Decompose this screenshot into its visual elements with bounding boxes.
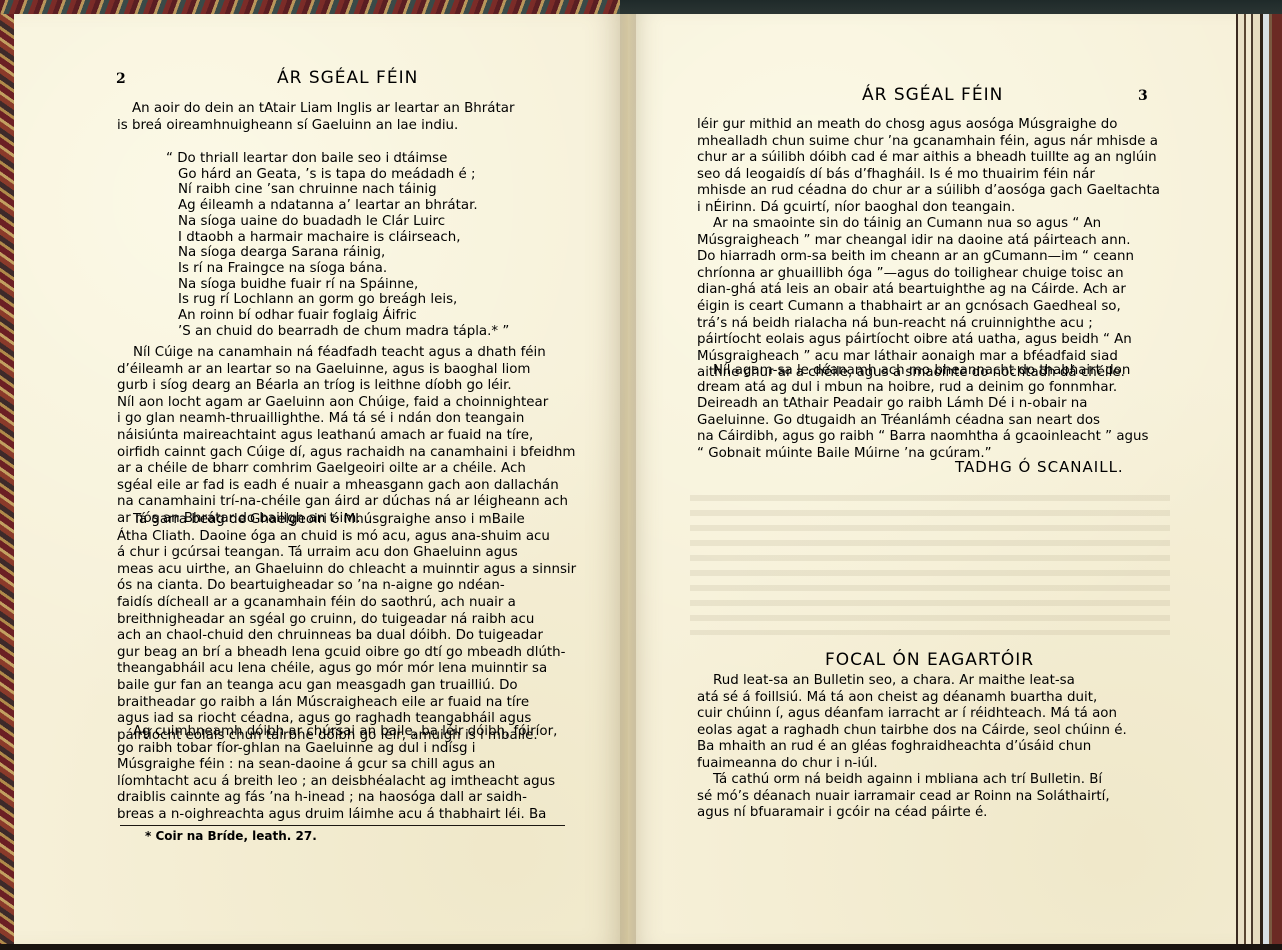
text-line: draiblis cainnte ag fás ’na h-inead ; na… [117,790,569,807]
text-line: na Cáirdibh, agus go raibh “ Barra naomh… [697,429,1155,446]
text-line: Tá garra beag de Ghaelgeoiri ó Mhúsgraig… [117,512,569,529]
paragraph-mithid: léir gur mithid an meath do chosg agus a… [697,117,1155,217]
text-line: Deireadh an tAthair Peadair go raibh Lám… [697,396,1155,413]
text-line: baile gur fan an teanga acu gan measgadh… [117,678,569,695]
text-line: Ar na smaointe sin do táinig an Cumann n… [697,216,1155,233]
verse-line: An roinn bí odhar fuair foglaig Áifric [178,308,558,324]
verse-line: Is rug rí Lochlann an gorm go breágh lei… [178,292,558,308]
paragraph-cuige: Níl Cúige na canamhain ná féadfadh teach… [117,345,569,528]
text-line: Níl aon locht agam ar Gaeluinn aon Chúig… [117,395,569,412]
text-line: mhisde an rud céadna do chur ar a súilib… [697,183,1155,200]
verse-line: I dtaobh a harmair machaire is cláirseac… [178,230,558,246]
text-line: Músgraigheach ” mar cheangal idir na dao… [697,233,1155,250]
text-line: páirtíocht eolais agus páirtíocht oibre … [697,332,1155,349]
running-head-left: ÁR SGÉAL FÉIN [277,68,418,88]
verse-line: “ Do thriall leartar don baile seo i dtá… [166,151,558,167]
text-line: Ba mhaith an rud é an gléas foghraidheac… [697,739,1155,756]
text-line: chríonna ar ghuaillibh óga ”—agus do toi… [697,266,1155,283]
text-line: Tá cathú orm ná beidh againn i mbliana a… [697,772,1155,789]
text-line: seo dá leogaidís dí bás d’fhagháil. Is é… [697,167,1155,184]
text-line: i go glan neamh-thruaillighthe. Má tá sé… [117,411,569,428]
text-line: An aoir do dein an tAtair Liam Inglis ar… [117,101,569,118]
book-gutter [620,14,636,944]
text-line: trá’s ná beidh rialacha ná bun-reacht ná… [697,316,1155,333]
text-line: i nÉirinn. Dá gcuirtí, níor baoghal don … [697,200,1155,217]
book-cover-top-edge [0,0,640,14]
footnote-rule [120,825,565,826]
text-line: is breá oireamhnuigheann sí Gaeluinn an … [117,118,569,135]
text-line: gur beag an brí a bheadh lena gcuid oibr… [117,645,569,662]
text-line: atá sé á foillsiú. Má tá aon cheist ag d… [697,690,1155,707]
text-line: léir gur mithid an meath do chosg agus a… [697,117,1155,134]
text-line: Átha Cliath. Daoine óga an chuid is mó a… [117,529,569,546]
text-line: Rud leat-sa an Bulletin seo, a chara. Ar… [697,673,1155,690]
text-line: dream atá ag dul i mbun na hoibre, rud a… [697,380,1155,397]
text-line: chur ar a súilibh dóibh cad é mar aithis… [697,150,1155,167]
verse-line: Ní raibh cine ’san chruinne nach táinig [178,182,558,198]
text-line: go raibh tobar fíor-ghlan na Gaeluinne a… [117,741,569,758]
editor-paragraph-2: Tá cathú orm ná beidh againn i mbliana a… [697,772,1155,822]
text-line: ach an chaol-chuid den chruinneas ba dua… [117,628,569,645]
verse-line: Na síoga uaine do buadadh le Clár Luirc [178,214,558,230]
text-line: á chur i gcúrsai teangan. Tá urraim acu … [117,545,569,562]
book-bottom-edge [0,944,1282,950]
paragraph-beannacht: Níl agam-sa le déanamh ach mo bheannacht… [697,363,1155,463]
text-line: agus ní bfuaramair i gcóir na céad páirt… [697,805,1155,822]
text-line: Níl agam-sa le déanamh ach mo bheannacht… [697,363,1155,380]
text-line: sé mó’s déanach nuair iarramair cead ar … [697,789,1155,806]
verse-block: “ Do thriall leartar don baile seo i dtá… [178,151,558,339]
show-through-letters [74,54,103,138]
text-line: líomhtacht acu á breith leo ; an deisbhé… [117,774,569,791]
text-line: oirfidh cainnt gach Cúige dí, agus racha… [117,445,569,462]
text-line: Níl Cúige na canamhain ná féadfadh teach… [117,345,569,362]
text-line: éigin is ceart Cumann a thabhairt ar an … [697,299,1155,316]
author-signature: TADHG Ó SCANAILL. [955,458,1124,476]
text-line: breas a n-oighreachta agus druim láimhe … [117,807,569,824]
paragraph-cumann: Ar na smaointe sin do táinig an Cumann n… [697,216,1155,382]
running-head-right: ÁR SGÉAL FÉIN [862,85,1003,105]
text-line: náisiúnta maireachtaint agus leathanú am… [117,428,569,445]
text-line: Do hiarradh orm-sa beith im cheann ar an… [697,249,1155,266]
text-line: fuaimeanna do chur i n-iúl. [697,756,1155,773]
verse-line: Go hárd an Geata, ’s is tapa do meádadh … [178,167,558,183]
verse-line: Na síoga dearga Sarana ráinig, [178,245,558,261]
text-line: mhealladh chun suime chur ’na gcanamhain… [697,134,1155,151]
text-line: dian-ghá atá leis an obair atá beartuigh… [697,282,1155,299]
text-line: theangabháil acu lena chéile, agus go mó… [117,661,569,678]
text-line: cuir chúinn í, agus déanfam iarracht ar … [697,706,1155,723]
footnote: * Coir na Bríde, leath. 27. [145,829,317,843]
page-number-left: 2 [116,71,126,87]
text-line: faidís dícheall ar a gcanamhain féin do … [117,595,569,612]
text-line: meas acu uirthe, an Ghaeluinn do chleach… [117,562,569,579]
page-number-right: 3 [1138,88,1148,104]
text-line: Ag cuimhneamh dóibh ar chúrsai an baile,… [117,724,569,741]
text-line: breithnigheadar an sgéal go cruinn, do t… [117,612,569,629]
editor-paragraph-1: Rud leat-sa an Bulletin seo, a chara. Ar… [697,673,1155,773]
text-line: d’éileamh ar an leartar so na Gaeluinne,… [117,362,569,379]
text-line: ar a chéile de bharr comhrim Gaelgeoiri … [117,461,569,478]
paragraph-cursai: Ag cuimhneamh dóibh ar chúrsai an baile,… [117,724,569,824]
text-line: braitheadar go raibh a lán Múscraigheach… [117,695,569,712]
text-line: eolas agat a raghadh chun tairbhe dos na… [697,723,1155,740]
verse-line: ’S an chuid do bearradh de chum madra tá… [178,324,558,340]
text-line: gurb i síog dearg an Béarla an tríog is … [117,378,569,395]
text-line: Músgraighe féin : na sean-daoine á gcur … [117,757,569,774]
text-line: na canamhaini trí-na-chéile gan áird ar … [117,494,569,511]
text-line: ós na cianta. Do beartuigheadar so ’na n… [117,578,569,595]
paragraph-gaelgeoiri: Tá garra beag de Ghaelgeoiri ó Mhúsgraig… [117,512,569,744]
page-block-right-edge [1236,14,1282,950]
verse-line: Na síoga buidhe fuair rí na Spáinne, [178,277,558,293]
verse-line: Is rí na Fraingce na síoga bána. [178,261,558,277]
show-through-text [690,495,1170,635]
verse-line: Ag éileamh a ndatanna a’ leartar an bhrá… [178,198,558,214]
text-line: Gaeluinne. Go dtugaidh an Tréanlámh céad… [697,413,1155,430]
section-title: FOCAL ÓN EAGARTÓIR [825,650,1034,670]
intro-paragraph: An aoir do dein an tAtair Liam Inglis ar… [117,101,569,134]
text-line: sgéal eile ar fad is eadh é nuair a mhea… [117,478,569,495]
